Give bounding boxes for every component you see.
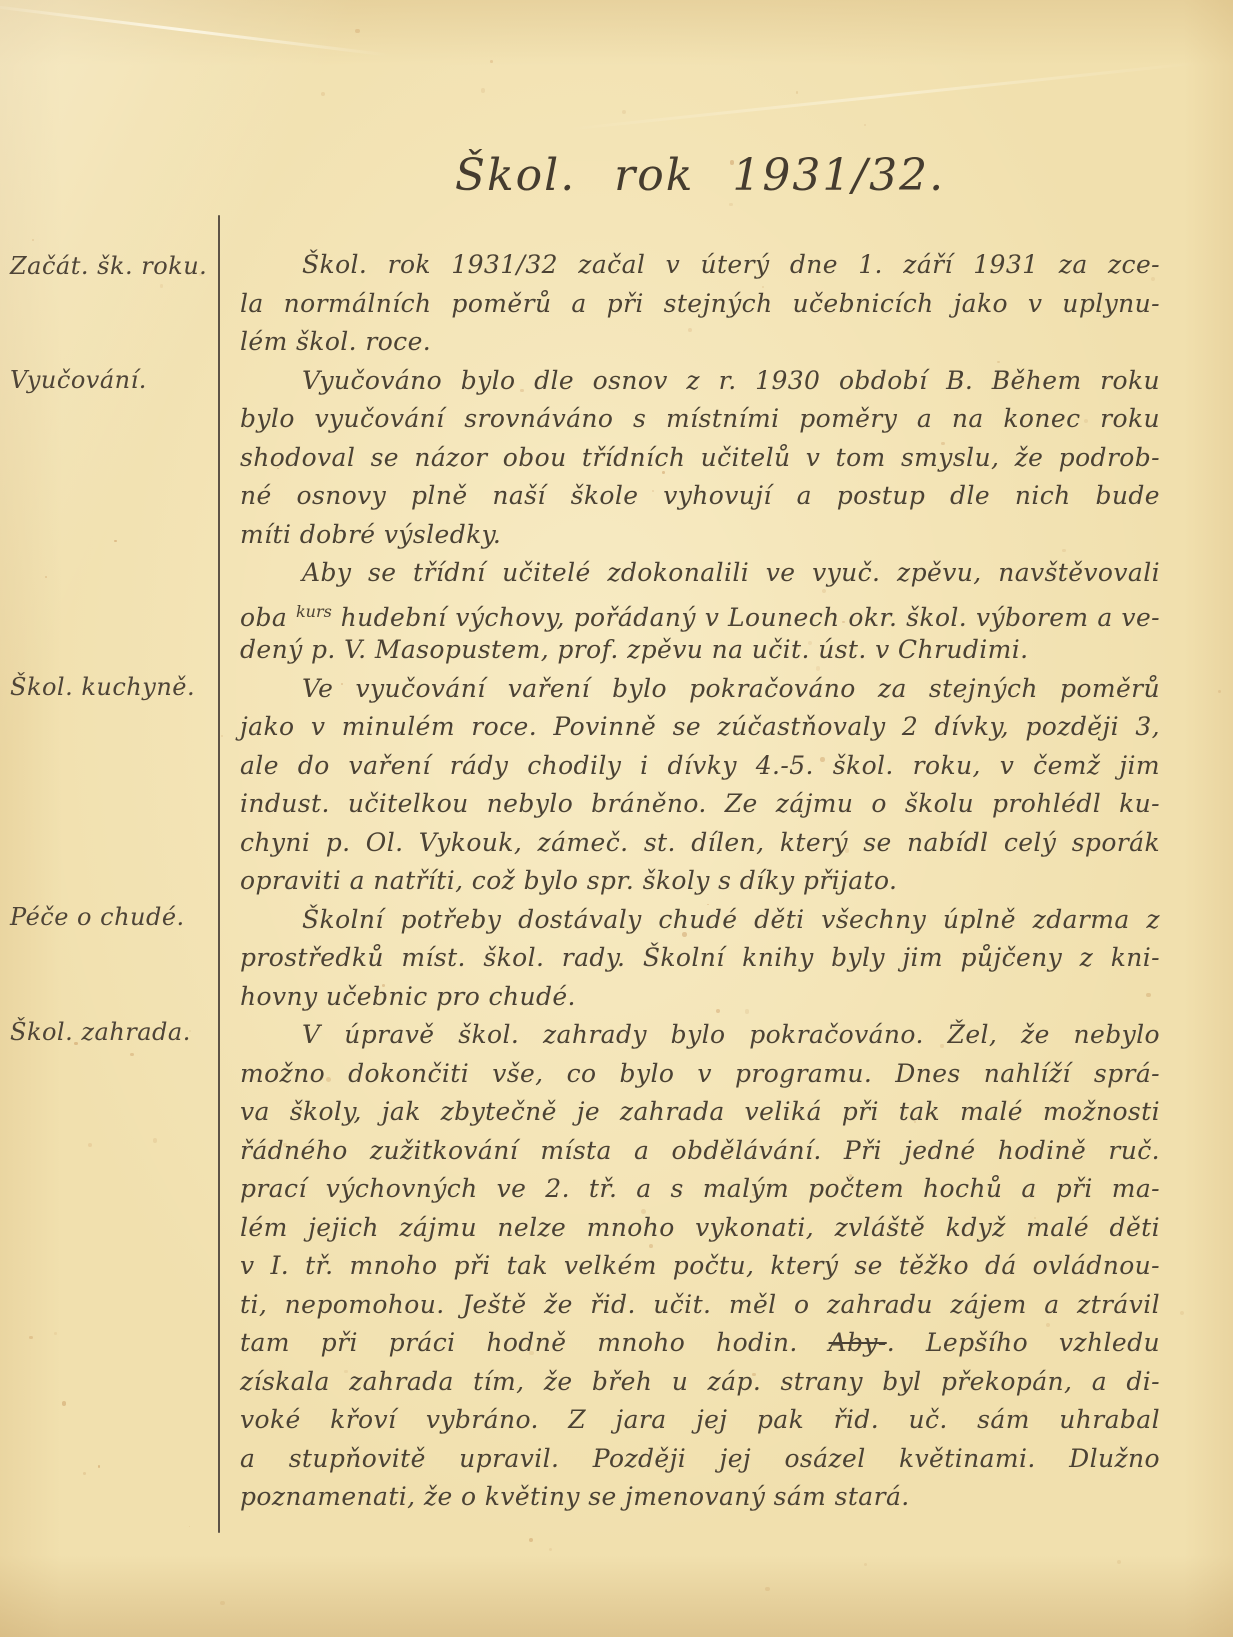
handwritten-line: Ve vyučování vaření bylo pokračováno za … (240, 670, 1160, 709)
handwritten-line: indust. učitelkou nebylo bráněno. Ze záj… (240, 785, 1160, 824)
margin-note-school-garden: Škol. zahrada. (10, 1018, 210, 1046)
handwritten-line: Škol. rok 1931/32 začal v úterý dne 1. z… (240, 246, 1160, 285)
margin-note-school-year-start: Začát. šk. roku. (10, 252, 210, 280)
chronicle-body: Škol. rok 1931/32 začal v úterý dne 1. z… (240, 246, 1160, 1517)
handwritten-line: V úpravě škol. zahrady bylo pokračováno.… (240, 1016, 1160, 1055)
struck-out-word: Aby- (829, 1328, 887, 1357)
margin-note-teaching: Vyučování. (10, 366, 210, 394)
paper-crease (562, 62, 1199, 132)
margin-rule-line (218, 215, 220, 1533)
page-title: Škol. rok 1931/32. (240, 150, 1160, 201)
handwritten-line: jako v minulém roce. Povinně se zúčastňo… (240, 708, 1160, 747)
handwritten-line: dený p. V. Masopustem, prof. zpěvu na uč… (240, 631, 1160, 670)
paragraph-school-year-start: Škol. rok 1931/32 začal v úterý dne 1. z… (240, 246, 1160, 362)
inserted-word: kurs (296, 602, 332, 621)
handwritten-line: tam při práci hodně mnoho hodin. Aby-. L… (240, 1324, 1160, 1363)
paper-crease (0, 2, 389, 56)
handwritten-line: a stupňovitě upravil. Později jej osázel… (240, 1440, 1160, 1479)
handwritten-line: Aby se třídní učitelé zdokonalili ve vyu… (240, 554, 1160, 593)
handwritten-line: né osnovy plně naší škole vyhovují a pos… (240, 477, 1160, 516)
handwritten-line: míti dobré výsledky. (240, 516, 1160, 555)
handwritten-line: prostředků míst. škol. rady. Školní knih… (240, 939, 1160, 978)
handwritten-line: oba kurs hudební výchovy, pořádaný v Lou… (240, 593, 1160, 632)
handwritten-line: lém škol. roce. (240, 323, 1160, 362)
handwritten-line: chyni p. Ol. Vykouk, zámeč. st. dílen, k… (240, 824, 1160, 863)
margin-note-care-for-poor: Péče o chudé. (10, 903, 210, 931)
handwritten-line: ti, nepomohou. Ještě že řid. učit. měl o… (240, 1286, 1160, 1325)
paragraph-teaching: Vyučováno bylo dle osnov z r. 1930 obdob… (240, 362, 1160, 555)
handwritten-line: opraviti a natříti, což bylo spr. školy … (240, 862, 1160, 901)
paragraph-singing-course: Aby se třídní učitelé zdokonalili ve vyu… (240, 554, 1160, 670)
handwritten-line: shodoval se názor obou třídních učitelů … (240, 439, 1160, 478)
paragraph-care-for-poor: Školní potřeby dostávaly chudé děti všec… (240, 901, 1160, 1017)
handwritten-line: v I. tř. mnoho při tak velkém počtu, kte… (240, 1247, 1160, 1286)
handwritten-line: poznamenati, že o květiny se jmenovaný s… (240, 1478, 1160, 1517)
chronicle-page: Škol. rok 1931/32. Začát. šk. roku. Vyuč… (0, 0, 1233, 1637)
paragraph-school-kitchen: Ve vyučování vaření bylo pokračováno za … (240, 670, 1160, 901)
handwritten-line: la normálních poměrů a při stejných učeb… (240, 285, 1160, 324)
handwritten-line: bylo vyučování srovnáváno s místními pom… (240, 400, 1160, 439)
handwritten-line: Školní potřeby dostávaly chudé děti všec… (240, 901, 1160, 940)
handwritten-line: voké křoví vybráno. Z jara jej pak řid. … (240, 1401, 1160, 1440)
handwritten-line: možno dokončiti vše, co bylo v programu.… (240, 1055, 1160, 1094)
handwritten-line: získala zahrada tím, že břeh u záp. stra… (240, 1363, 1160, 1402)
handwritten-line: va školy, jak zbytečně je zahrada veliká… (240, 1093, 1160, 1132)
handwritten-line: hovny učebnic pro chudé. (240, 978, 1160, 1017)
handwritten-line: prací výchovných ve 2. tř. a s malým poč… (240, 1170, 1160, 1209)
handwritten-line: řádného zužitkování místa a obdělávání. … (240, 1132, 1160, 1171)
handwritten-line: ale do vaření rády chodily i dívky 4.-5.… (240, 747, 1160, 786)
handwritten-line: Vyučováno bylo dle osnov z r. 1930 obdob… (240, 362, 1160, 401)
paragraph-school-garden: V úpravě škol. zahrady bylo pokračováno.… (240, 1016, 1160, 1517)
margin-note-school-kitchen: Škol. kuchyně. (10, 673, 210, 701)
handwritten-line: lém jejich zájmu nelze mnoho vykonati, z… (240, 1209, 1160, 1248)
